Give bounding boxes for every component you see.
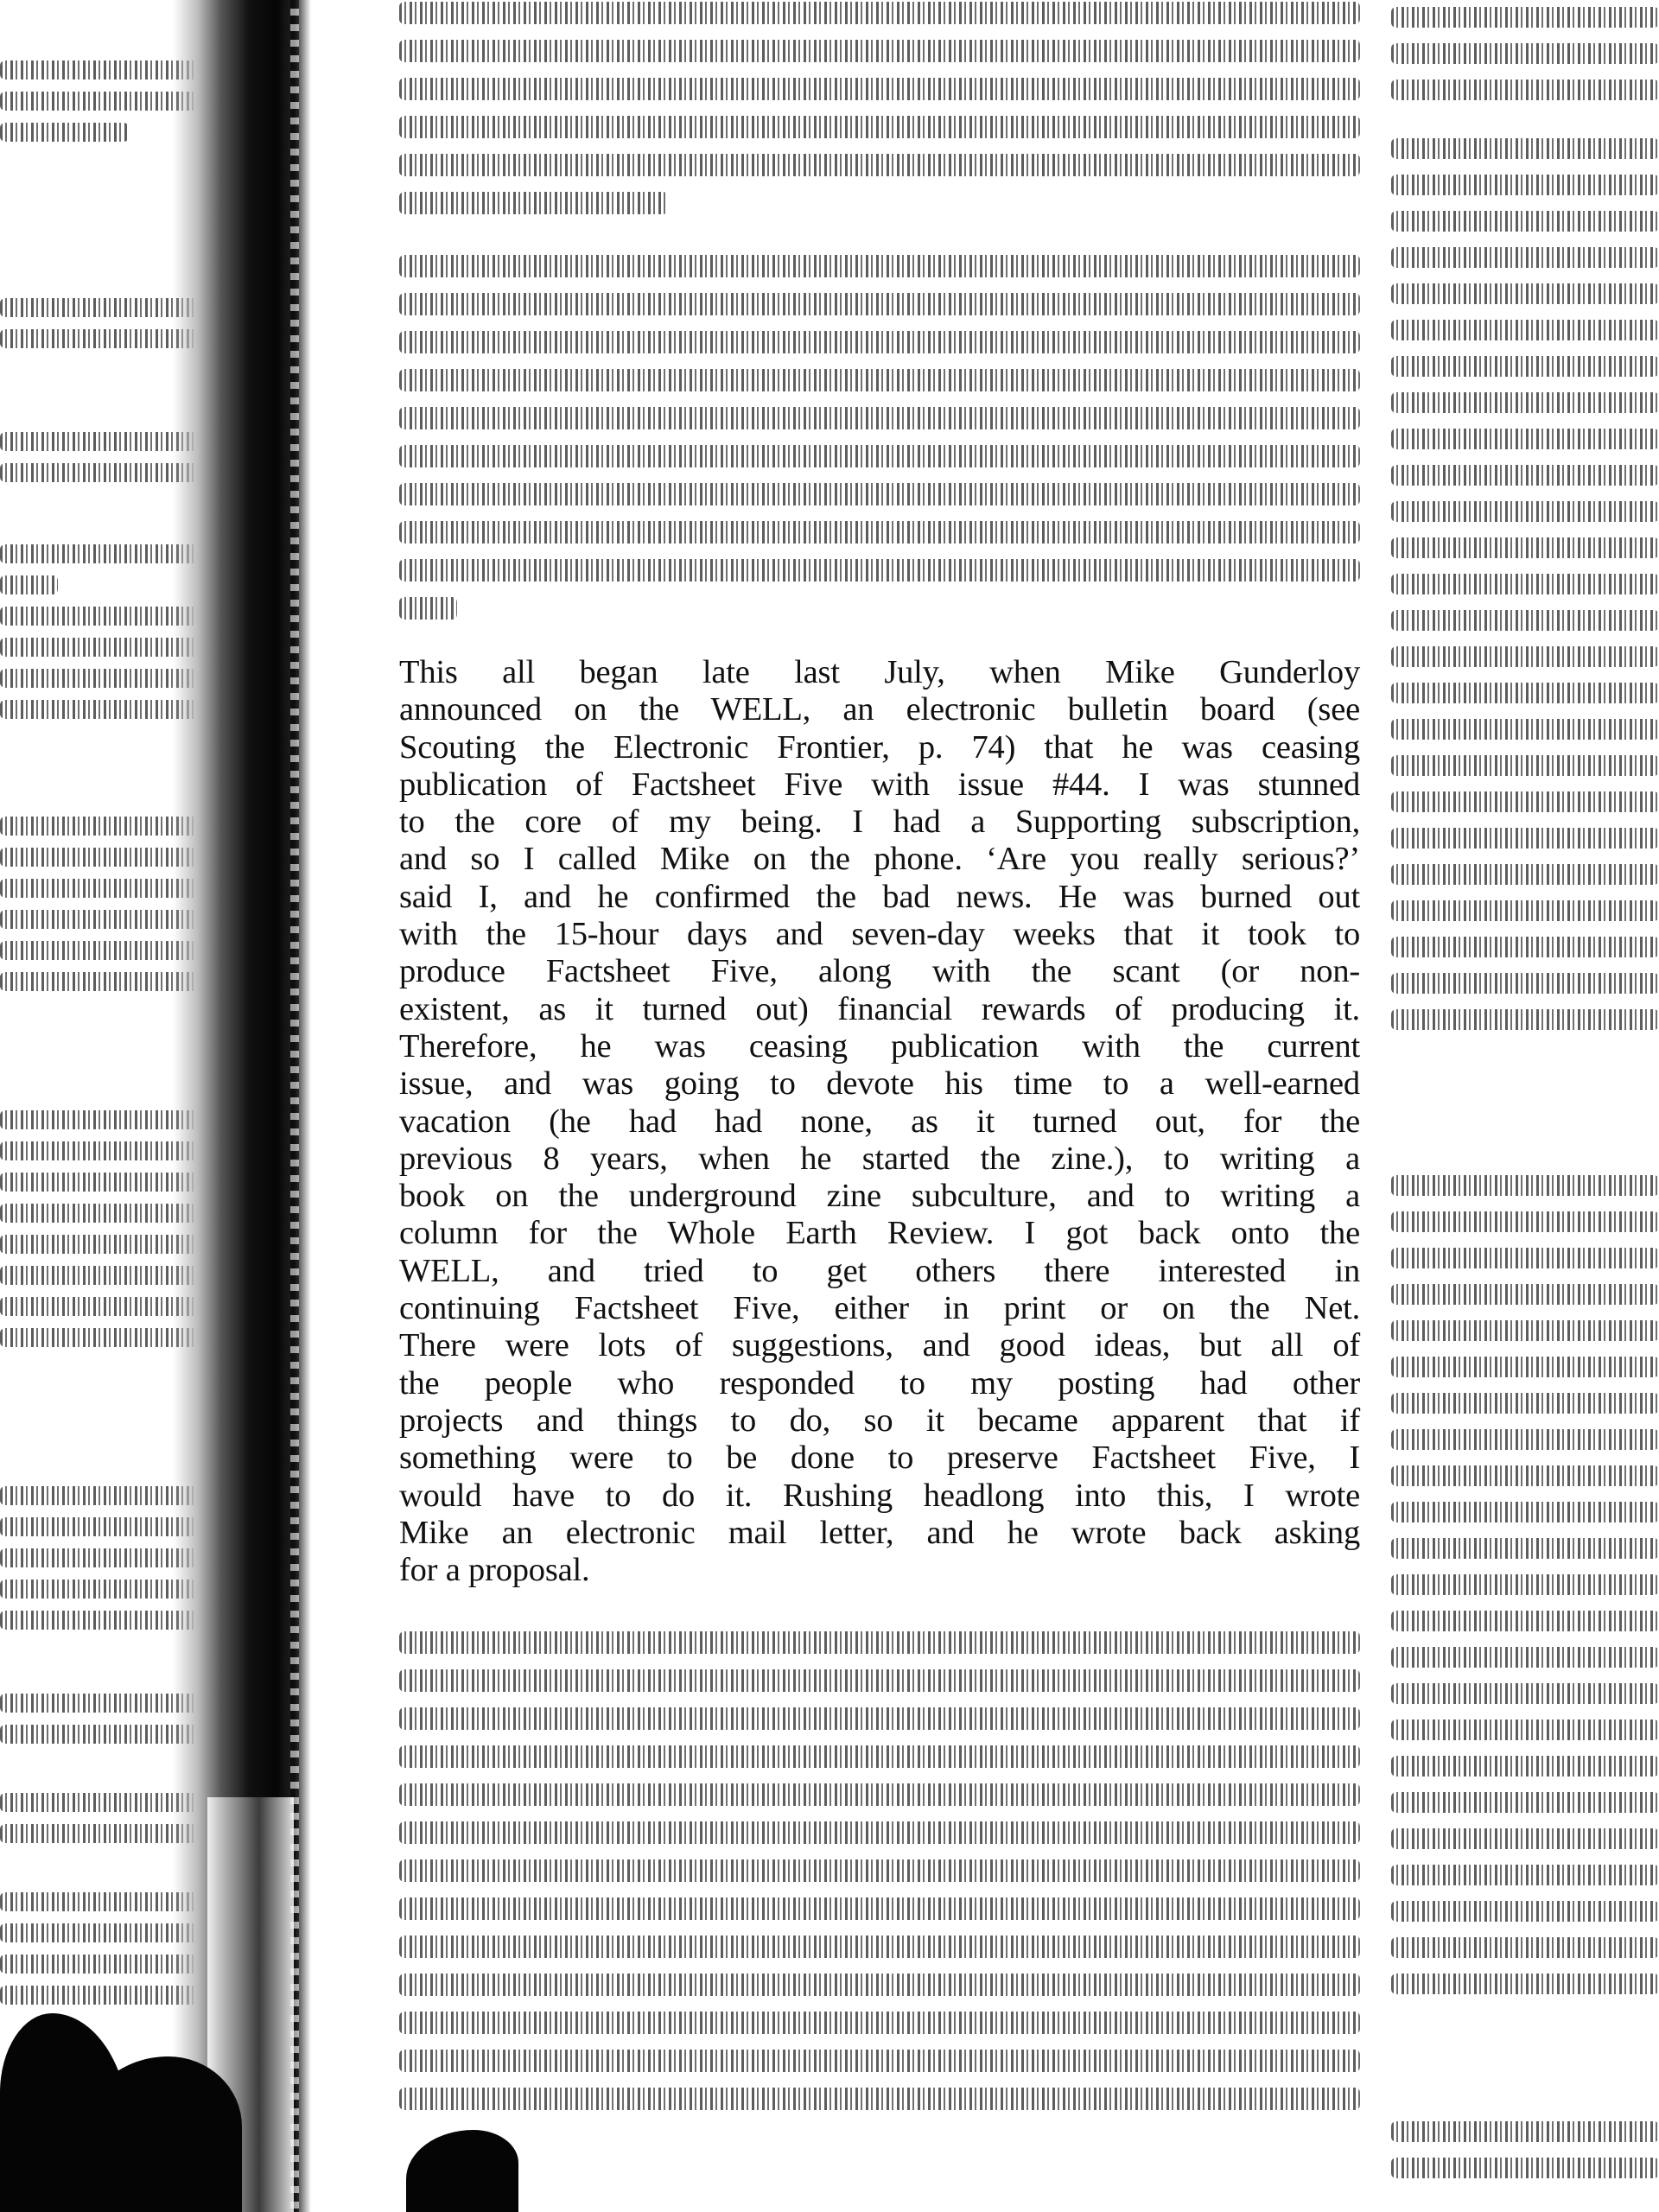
text-line: and so I called Mike on the phone. ‘Are … [399, 841, 1360, 878]
text-line: the people who responded to my posting h… [399, 1365, 1360, 1402]
text-line: with the 15-hour days and seven-day week… [399, 916, 1360, 953]
text-line: publication of Factsheet Five with issue… [399, 766, 1360, 804]
scrambled-paragraph [1391, 2121, 1659, 2194]
scrambled-paragraph [1391, 1175, 1659, 2010]
scrambled-paragraph-second [399, 255, 1360, 635]
scrambled-paragraph-top [399, 2, 1360, 230]
text-line: This all began late last July, when Mike… [399, 654, 1360, 691]
text-line: produce Factsheet Five, along with the s… [399, 953, 1360, 990]
text-line: issue, and was going to devote his time … [399, 1065, 1360, 1103]
text-line: previous 8 years, when he started the zi… [399, 1141, 1360, 1178]
text-line: Scouting the Electronic Frontier, p. 74)… [399, 729, 1360, 766]
scrambled-paragraph-bottom [399, 1631, 1360, 2126]
text-line: for a proposal. [399, 1552, 1360, 1589]
text-line: would have to do it. Rushing headlong in… [399, 1478, 1360, 1515]
document-page: This all began late last July, when Mike… [0, 0, 1659, 2212]
text-line: book on the underground zine subculture,… [399, 1178, 1360, 1215]
text-line: continuing Factsheet Five, either in pri… [399, 1290, 1360, 1327]
text-line: announced on the WELL, an electronic bul… [399, 691, 1360, 728]
text-line: to the core of my being. I had a Support… [399, 804, 1360, 841]
dark-scan-artifact [406, 2130, 518, 2212]
text-line: There were lots of suggestions, and good… [399, 1327, 1360, 1364]
text-line: WELL, and tried to get others there inte… [399, 1253, 1360, 1290]
scrambled-paragraph [1391, 138, 1659, 1046]
text-line: projects and things to do, so it became … [399, 1402, 1360, 1440]
text-line: Therefore, he was ceasing publication wi… [399, 1028, 1360, 1065]
text-line: column for the Whole Earth Review. I got… [399, 1215, 1360, 1252]
text-line: existent, as it turned out) financial re… [399, 991, 1360, 1028]
text-line: something were to be done to preserve Fa… [399, 1440, 1360, 1477]
scrambled-paragraph [1391, 7, 1659, 116]
text-line: Mike an electronic mail letter, and he w… [399, 1515, 1360, 1552]
legible-body-paragraph: This all began late last July, when Mike… [399, 654, 1360, 1589]
text-line: vacation (he had had none, as it turned … [399, 1103, 1360, 1141]
text-line: said I, and he confirmed the bad news. H… [399, 879, 1360, 916]
